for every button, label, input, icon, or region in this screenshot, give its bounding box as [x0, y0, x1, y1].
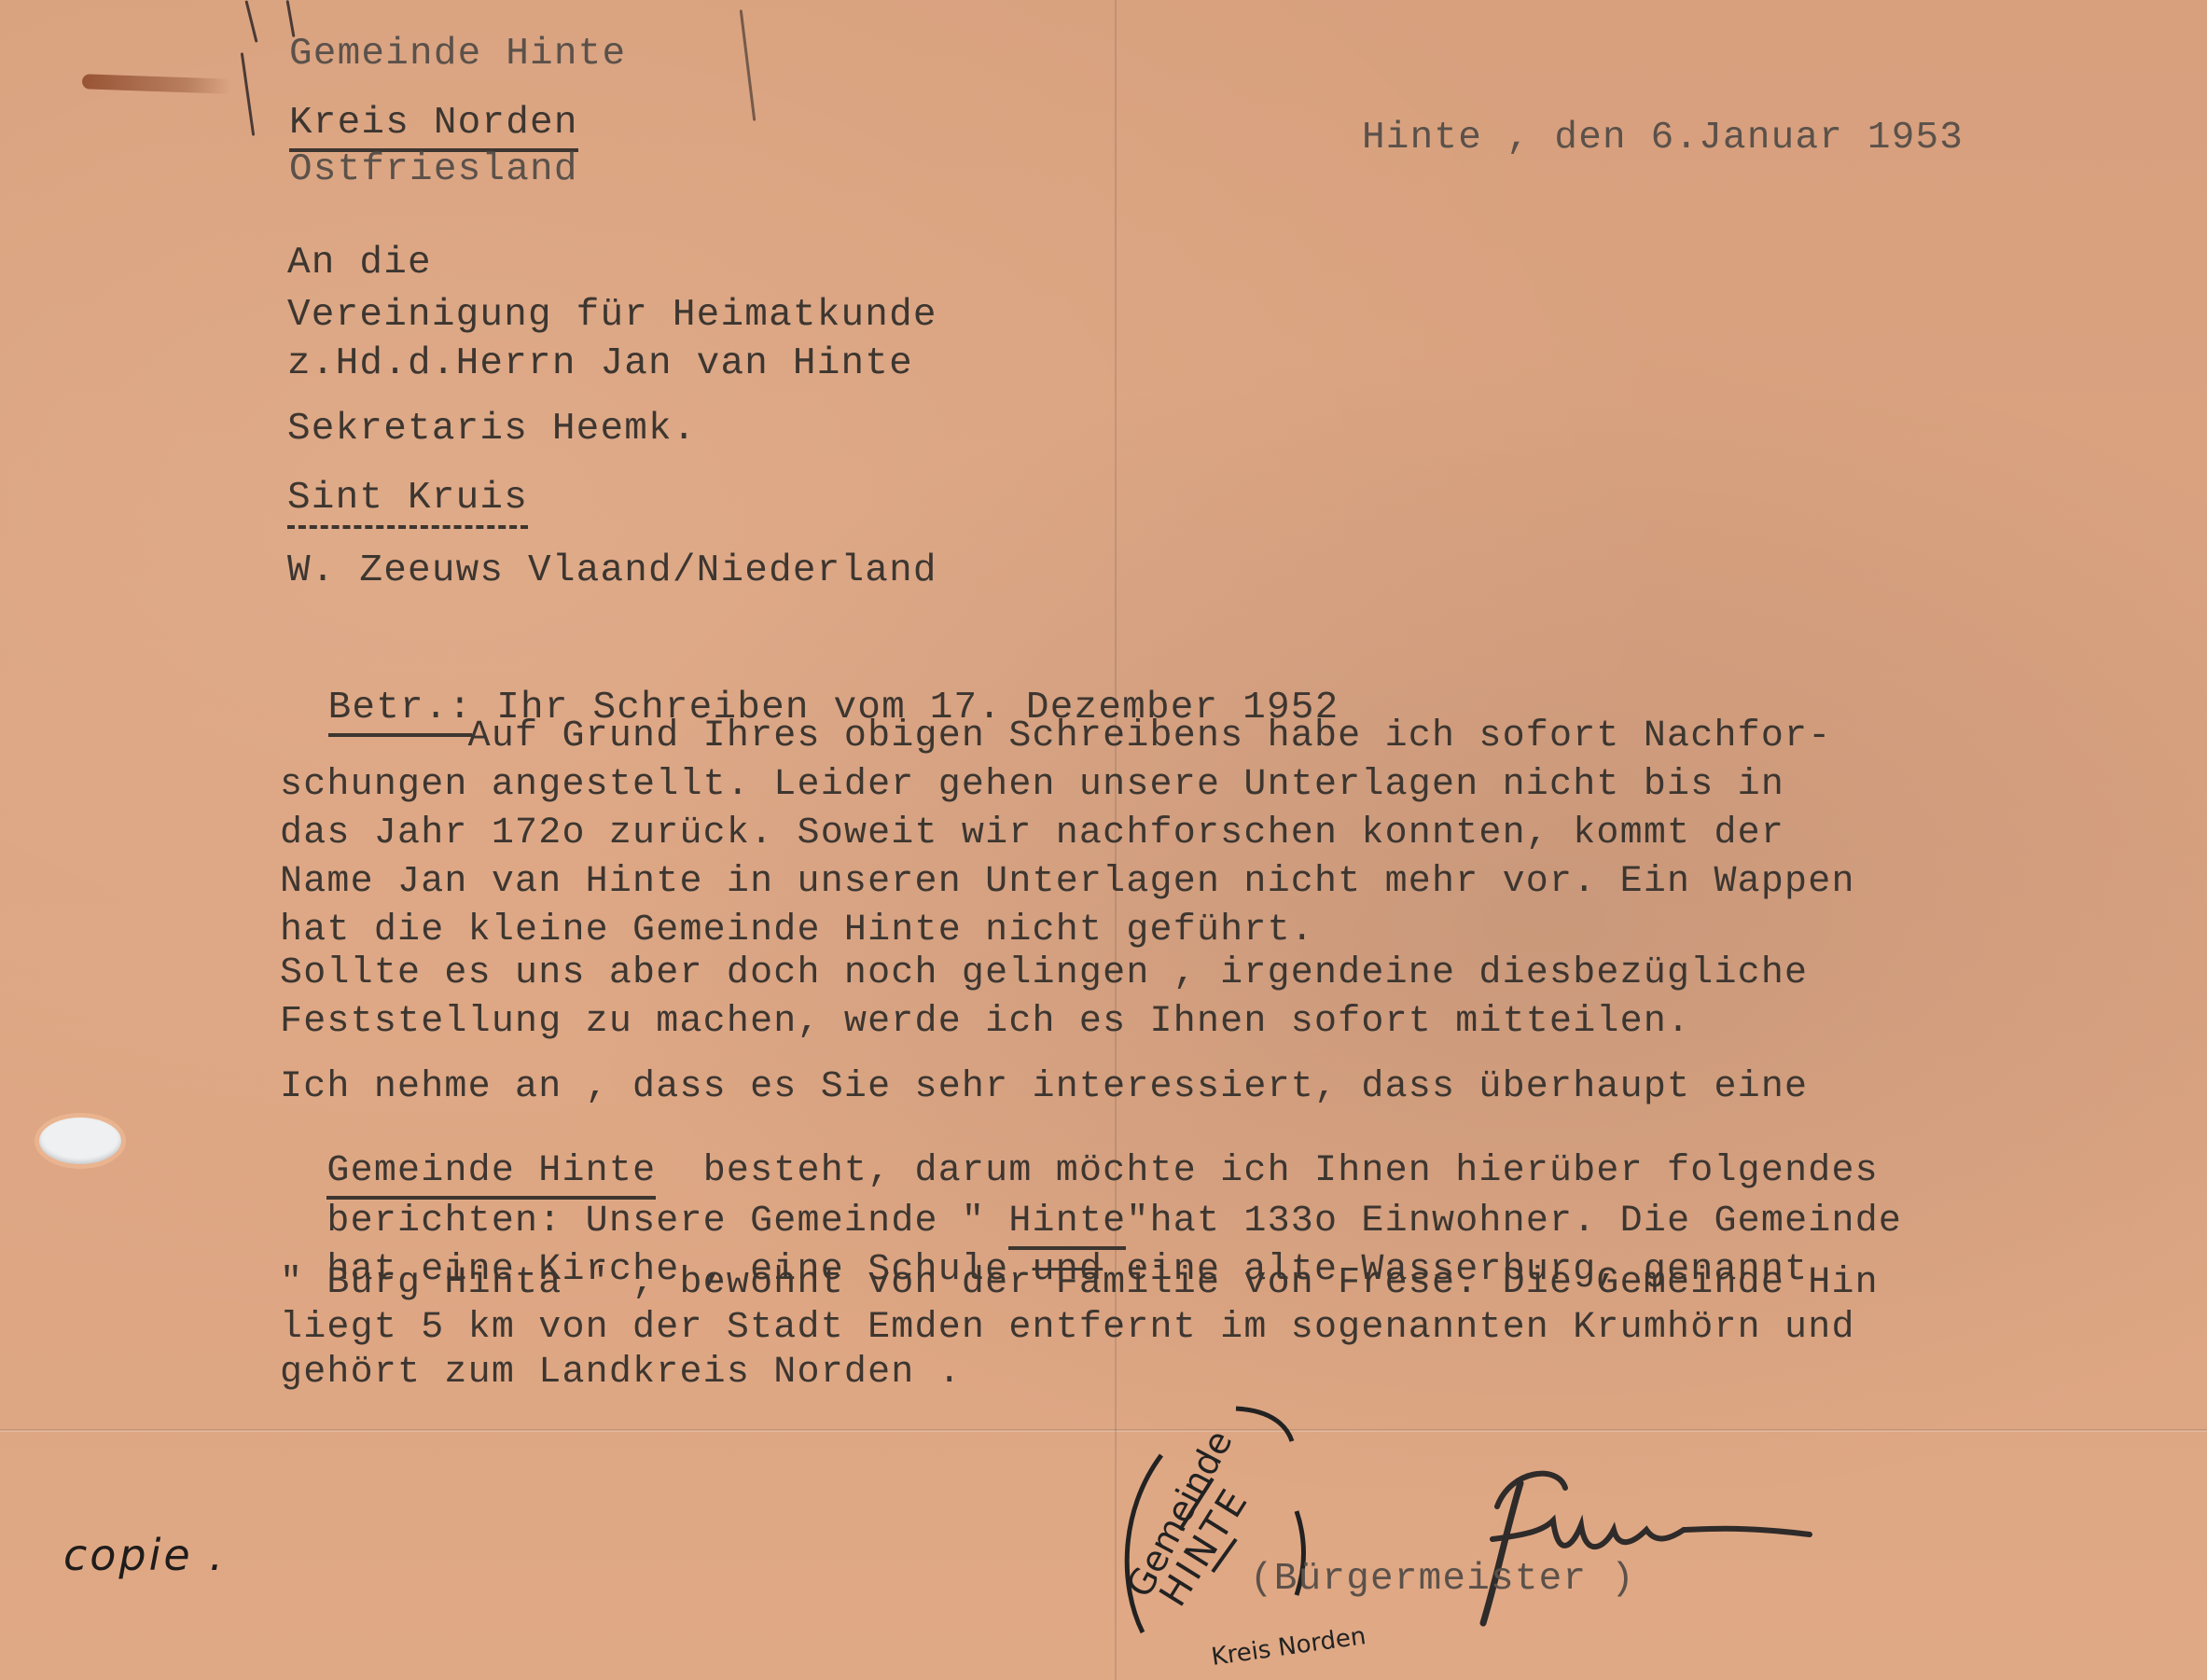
body-line: Feststellung zu machen, werde ich es Ihn… — [280, 1004, 1690, 1041]
body-line: Name Jan van Hinte in unseren Unterlagen… — [280, 864, 1855, 901]
recipient-line-4: Sekretaris Heemk. — [287, 410, 697, 449]
signature-icon — [1455, 1437, 1847, 1632]
body-line: schungen angestellt. Leider gehen unsere… — [280, 767, 1784, 804]
punch-hole — [39, 1118, 121, 1164]
body-line: Ich nehme an , dass es Sie sehr interess… — [280, 1069, 1808, 1106]
body-line: Sollte es uns aber doch noch gelingen , … — [280, 955, 1808, 993]
handwritten-annotation: copie . — [63, 1530, 226, 1580]
paper-fold-horizontal — [0, 1429, 2207, 1432]
recipient-line-6: W. Zeeuws Vlaand/Niederland — [287, 552, 937, 590]
place-date: Hinte , den 6.Januar 1953 — [1362, 119, 1964, 158]
body-line: Auf Grund Ihres obigen Schreibens habe i… — [280, 718, 1831, 756]
svg-text:Kreis Norden: Kreis Norden — [1210, 1622, 1367, 1672]
body-line: das Jahr 172o zurück. Soweit wir nachfor… — [280, 815, 1784, 853]
signature — [1455, 1437, 1847, 1637]
body-line: " Burg Hinta " , bewohnt von der Familie… — [280, 1265, 1879, 1302]
sender-line-2: Kreis Norden — [289, 102, 578, 152]
body-line: hat die kleine Gemeinde Hinte nicht gefü… — [280, 912, 1314, 950]
body-line: gehört zum Landkreis Norden . — [280, 1354, 962, 1392]
signatory-title: (Bürgermeister ) — [1250, 1561, 1635, 1599]
municipal-stamp: Gemeinde HINTE Kreis Norden — [1105, 1399, 1413, 1679]
recipient-line-1: An die — [287, 244, 432, 283]
sender-line-3: Ostfriesland — [289, 151, 578, 189]
sender-line-1: Gemeinde Hinte — [289, 35, 626, 74]
body-line: liegt 5 km von der Stadt Emden entfernt … — [280, 1310, 1855, 1347]
recipient-line-3: z.Hd.d.Herrn Jan van Hinte — [287, 345, 913, 383]
recipient-line-2: Vereinigung für Heimatkunde — [287, 297, 937, 335]
recipient-line-5: Sint Kruis — [287, 477, 528, 529]
stamp-icon: Gemeinde HINTE Kreis Norden — [1105, 1399, 1413, 1679]
